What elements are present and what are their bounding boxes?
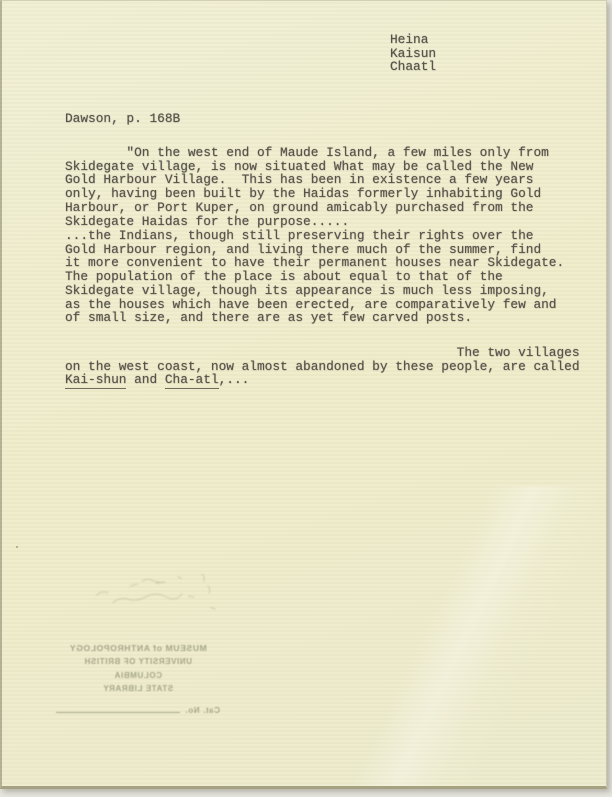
source-citation: Dawson, p. 168B	[65, 112, 180, 126]
paragraph-1: "On the west end of Maude Island, a few …	[65, 146, 549, 228]
stamp-cat-no-label: Cat. No.	[185, 706, 220, 715]
paper-speck	[16, 546, 18, 548]
paper-speck	[550, 301, 552, 302]
paragraph-3-line3-mid: and	[126, 372, 164, 387]
scanned-document: HeinaKaisunChaatl Dawson, p. 168B "On th…	[0, 0, 612, 797]
village-name-kai-shun-underlined: Kai-shun	[65, 372, 126, 389]
header-village-names: HeinaKaisunChaatl	[390, 33, 436, 74]
stamp-line-columbia: COLUMBIA	[54, 669, 222, 682]
paragraph-3: The two villages on the west coast, now …	[65, 346, 580, 387]
village-name-cha-atl-underlined: Cha-atl	[165, 372, 219, 389]
village-name-chaatl: Chaatl	[390, 60, 436, 74]
stamp-line-museum: MUSEUM of ANTHROPOLOGY	[54, 642, 222, 655]
stamp-line-university: UNIVERSITY OF BRITISH	[54, 655, 222, 668]
village-name-heina: Heina	[390, 33, 436, 47]
stamp-cat-no-rule	[56, 712, 180, 713]
village-name-kaisun: Kaisun	[390, 47, 436, 61]
stamp-cat-no-row: Cat. No.	[54, 706, 222, 715]
bleedthrough-stamp: MUSEUM of ANTHROPOLOGY UNIVERSITY OF BRI…	[54, 642, 222, 715]
document-page: HeinaKaisunChaatl Dawson, p. 168B "On th…	[0, 0, 607, 789]
paragraph-2: ...the Indians, though still preserving …	[65, 229, 564, 325]
stamp-line-library: STATE LIBRARY	[54, 682, 222, 695]
scan-light-band	[306, 486, 606, 786]
pencil-bleedthrough-marks	[89, 564, 241, 619]
paragraph-3-line3-tail: ,...	[219, 372, 250, 387]
